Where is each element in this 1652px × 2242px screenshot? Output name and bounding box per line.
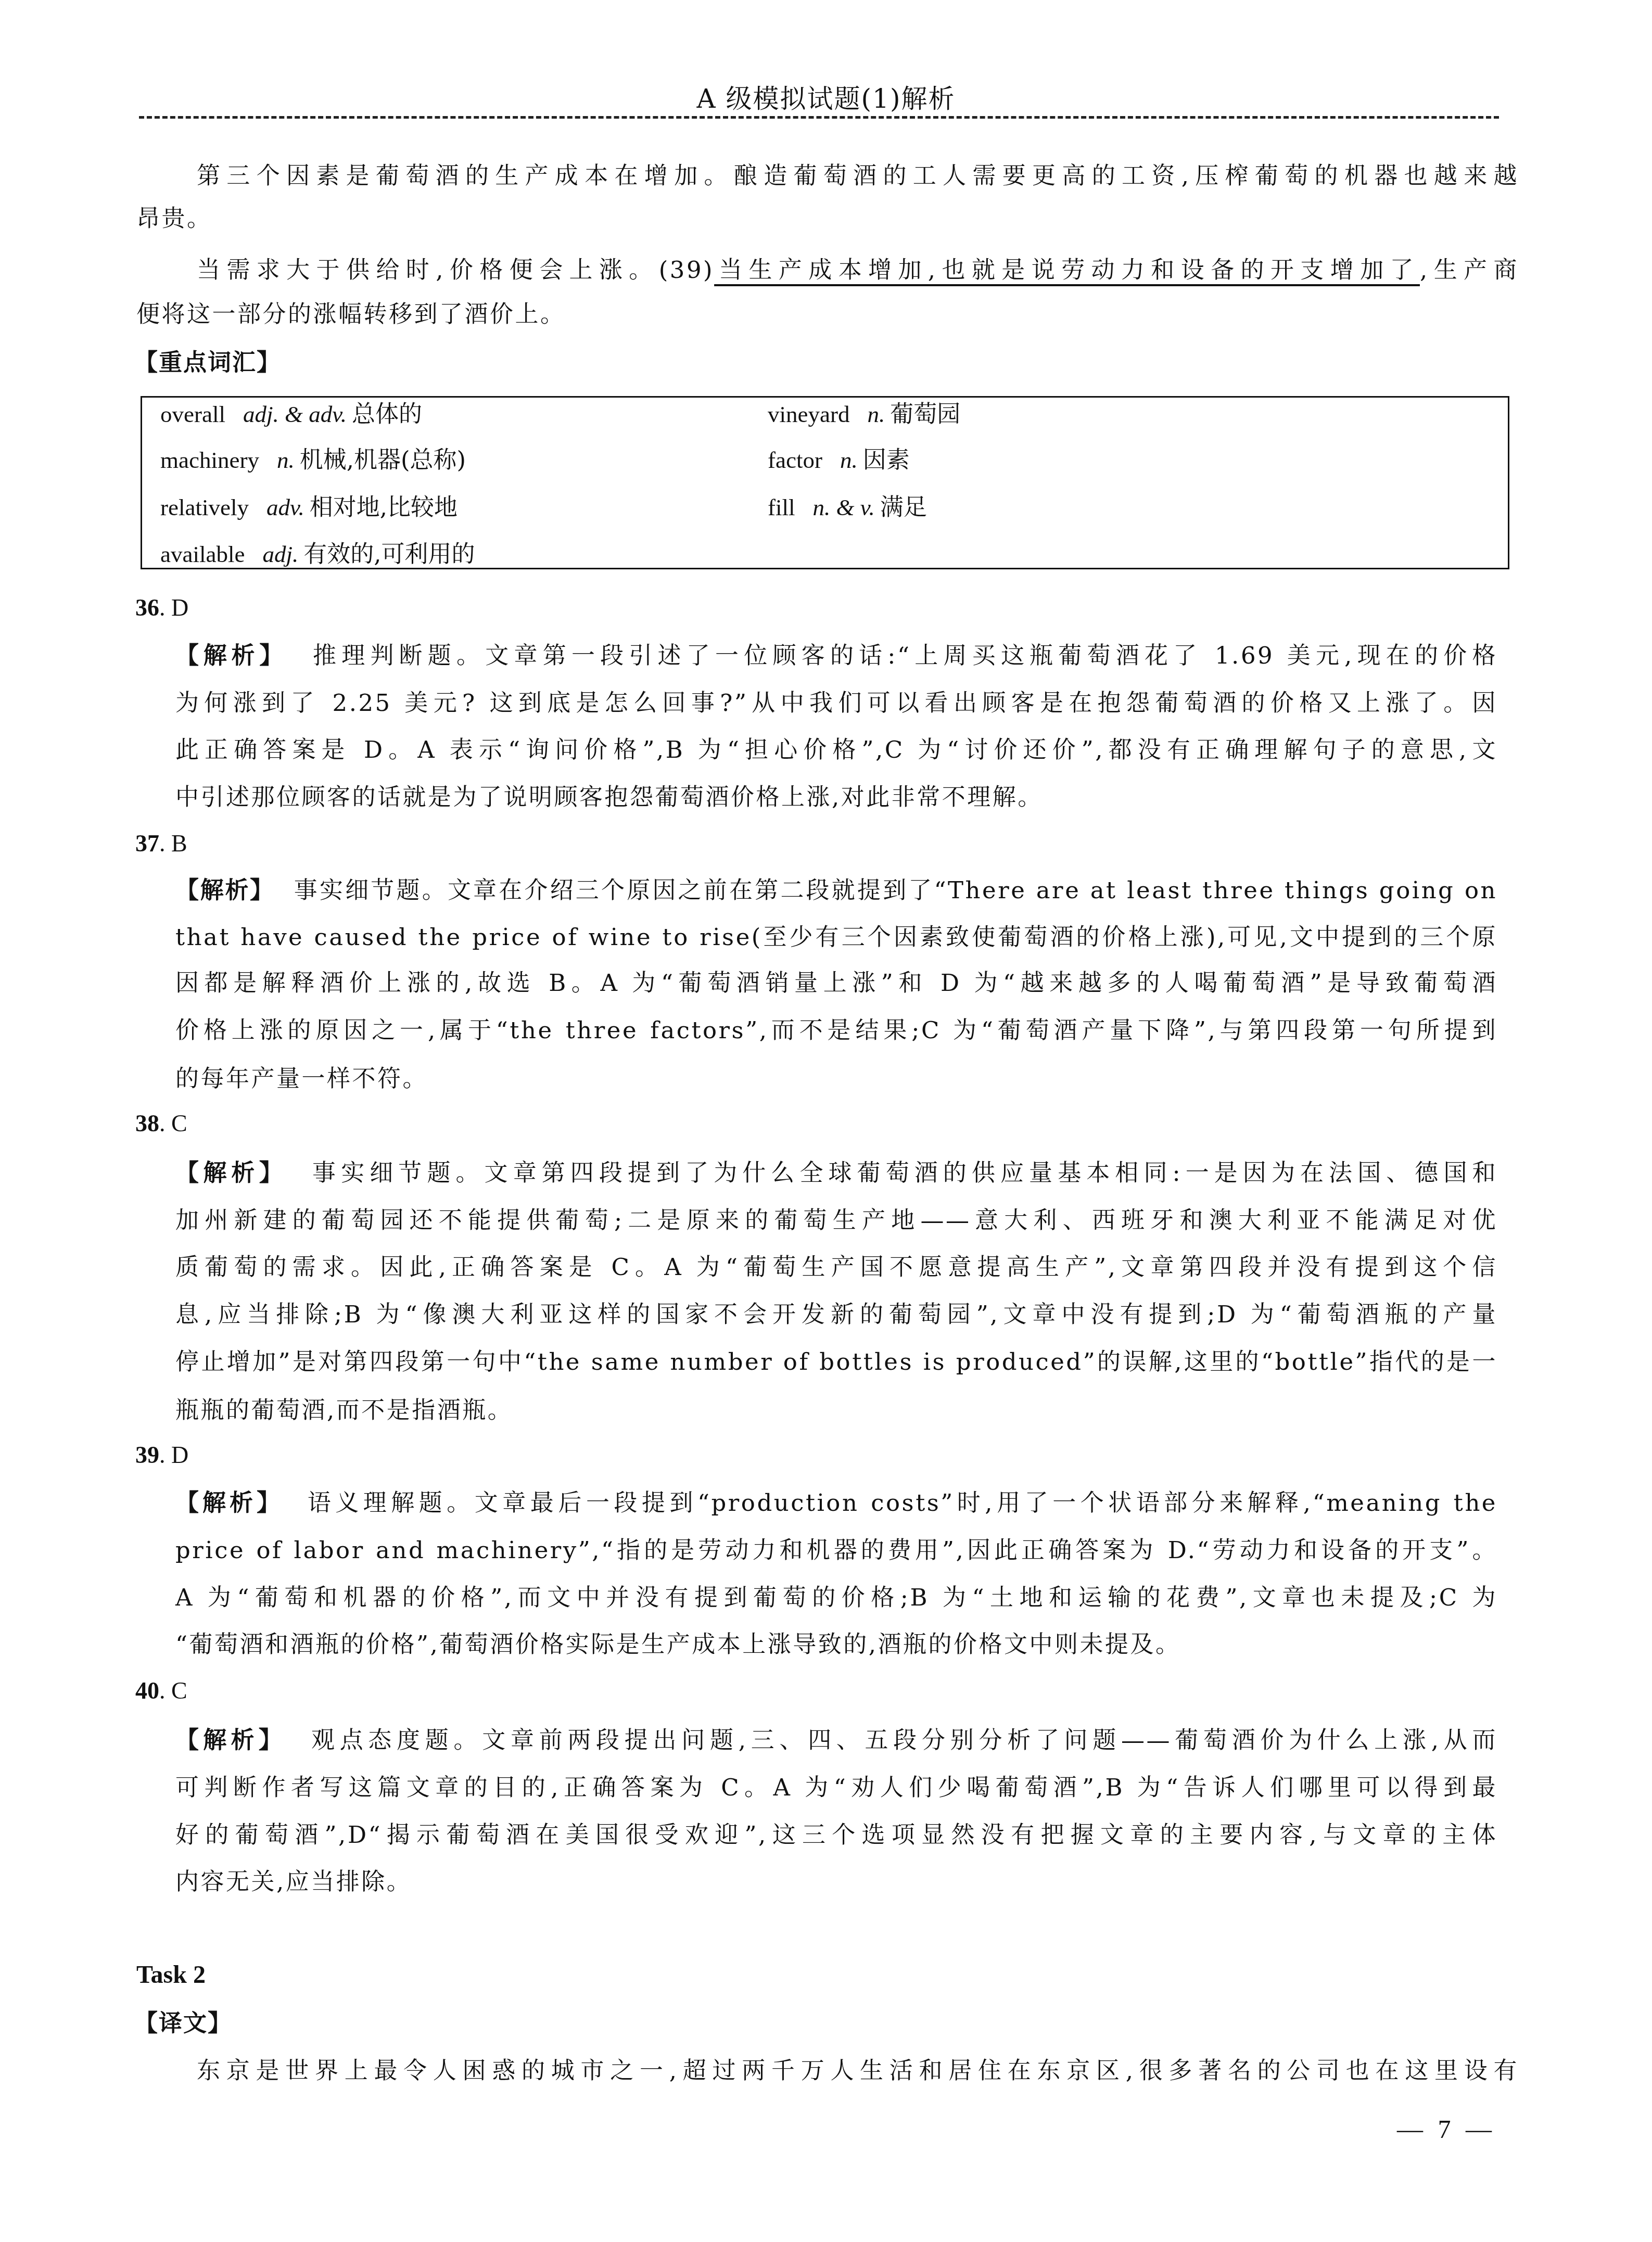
- q39-analysis-line1: 【解析】 语义理解题。文章最后一段提到“production costs”时,用…: [175, 1488, 1497, 1518]
- q37-analysis-line5: 的每年产量一样不符。: [175, 1064, 428, 1093]
- analysis-label: 【解析】: [175, 1726, 286, 1754]
- underlined-answer-sentence: 当生产成本增加,也就是说劳动力和设备的开支增加了: [714, 256, 1420, 284]
- page-number: — 7 —: [1397, 2114, 1496, 2144]
- q37-analysis-line2: that have caused the price of wine to ri…: [175, 923, 1497, 952]
- question-37-answer: 37. B: [135, 829, 187, 858]
- task2-heading: Task 2: [136, 1960, 206, 1990]
- q36-analysis-line2: 为何涨到了 2.25 美元? 这到底是怎么回事?”从中我们可以看出顾客是在抱怨葡…: [175, 689, 1497, 718]
- q39-analysis-line2: price of labor and machinery”,“指的是劳动力和机器…: [175, 1536, 1497, 1565]
- question-40-answer: 40. C: [135, 1676, 187, 1705]
- q40-analysis-line2: 可判断作者写这篇文章的目的,正确答案为 C。A 为“劝人们少喝葡萄酒”,B 为“…: [175, 1773, 1497, 1802]
- q38-analysis-line4: 息,应当排除;B 为“像澳大利亚这样的国家不会开发新的葡萄园”,文章中没有提到;…: [175, 1300, 1497, 1329]
- q39-analysis-line4: “葡萄酒和酒瓶的价格”,葡萄酒价格实际是生产成本上涨导致的,酒瓶的价格文中则未提…: [175, 1630, 1181, 1659]
- q39-analysis-line3: A 为“葡萄和机器的价格”,而文中并没有提到葡萄的价格;B 为“土地和运输的花费…: [175, 1583, 1497, 1612]
- analysis-label: 【解析】: [175, 1489, 284, 1517]
- vocab-item-factor: factorn.因素: [768, 445, 910, 475]
- question-39-answer: 39. D: [135, 1440, 188, 1470]
- vocab-item-machinery: machineryn.机械,机器(总称): [160, 445, 466, 475]
- translation-heading: 【译文】: [134, 2009, 232, 2038]
- q36-analysis-line1: 【解析】 推理判断题。文章第一段引述了一位顾客的话:“上周买这瓶葡萄酒花了 1.…: [175, 641, 1497, 670]
- q40-analysis-line3: 好的葡萄酒”,D“揭示葡萄酒在美国很受欢迎”,这三个选项显然没有把握文章的主要内…: [175, 1820, 1497, 1850]
- intro-p2-line1: 当需求大于供给时,价格便会上涨。(39)当生产成本增加,也就是说劳动力和设备的开…: [197, 256, 1519, 285]
- question-38-answer: 38. C: [135, 1109, 187, 1138]
- analysis-label: 【解析】: [175, 642, 287, 669]
- vocab-item-vineyard: vineyardn.葡萄园: [768, 400, 960, 429]
- q37-analysis-line3: 因都是解释酒价上涨的,故选 B。A 为“葡萄酒销量上涨”和 D 为“越来越多的人…: [175, 969, 1497, 998]
- q38-analysis-line3: 质葡萄的需求。因此,正确答案是 C。A 为“葡萄生产国不愿意提高生产”,文章第四…: [175, 1253, 1497, 1282]
- analysis-label: 【解析】: [175, 1159, 287, 1187]
- q36-analysis-line4: 中引述那位顾客的话就是为了说明顾客抱怨葡萄酒价格上涨,对此非常不理解。: [175, 783, 1043, 812]
- intro-p1-line1: 第三个因素是葡萄酒的生产成本在增加。酿造葡萄酒的工人需要更高的工资,压榨葡萄的机…: [197, 161, 1519, 190]
- question-36-answer: 36. D: [135, 593, 188, 622]
- q38-analysis-line1: 【解析】 事实细节题。文章第四段提到了为什么全球葡萄酒的供应量基本相同:一是因为…: [175, 1158, 1497, 1188]
- vocab-item-overall: overalladj. & adv.总体的: [160, 400, 422, 429]
- q36-analysis-line3: 此正确答案是 D。A 表示“询问价格”,B 为“担心价格”,C 为“讨价还价”,…: [175, 735, 1497, 765]
- running-header-title: A 级模拟试题(1)解析: [0, 83, 1652, 114]
- vocab-item-fill: filln. & v.满足: [768, 493, 927, 522]
- translation-line1: 东京是世界上最令人困惑的城市之一,超过两千万人生活和居住在东京区,很多著名的公司…: [197, 2056, 1519, 2085]
- intro-p1-line2: 昂贵。: [136, 204, 212, 233]
- vocab-item-available: availableadj.有效的,可利用的: [160, 540, 475, 569]
- q40-analysis-line4: 内容无关,应当排除。: [175, 1867, 412, 1896]
- analysis-label: 【解析】: [175, 876, 275, 904]
- q37-analysis-line1: 【解析】 事实细节题。文章在介绍三个原因之前在第二段就提到了“There are…: [175, 876, 1497, 905]
- vocab-item-relatively: relativelyadv.相对地,比较地: [160, 493, 458, 522]
- q38-analysis-line5: 停止增加”是对第四段第一句中“the same number of bottle…: [175, 1347, 1497, 1377]
- intro-p2-pre: 当需求大于供给时,价格便会上涨。(39): [197, 256, 714, 284]
- q40-analysis-line1: 【解析】 观点态度题。文章前两段提出问题,三、四、五段分别分析了问题——葡萄酒价…: [175, 1726, 1497, 1755]
- q38-analysis-line6: 瓶瓶的葡萄酒,而不是指酒瓶。: [175, 1396, 513, 1425]
- q38-analysis-line2: 加州新建的葡萄园还不能提供葡萄;二是原来的葡萄生产地——意大利、西班牙和澳大利亚…: [175, 1206, 1497, 1235]
- intro-p2-post: ,生产商: [1420, 256, 1519, 284]
- vocab-heading: 【重点词汇】: [134, 348, 281, 377]
- q37-analysis-line4: 价格上涨的原因之一,属于“the three factors”,而不是结果;C …: [175, 1016, 1497, 1045]
- header-dashed-rule: [139, 116, 1499, 119]
- intro-p2-line2: 便将这一部分的涨幅转移到了酒价上。: [136, 300, 566, 329]
